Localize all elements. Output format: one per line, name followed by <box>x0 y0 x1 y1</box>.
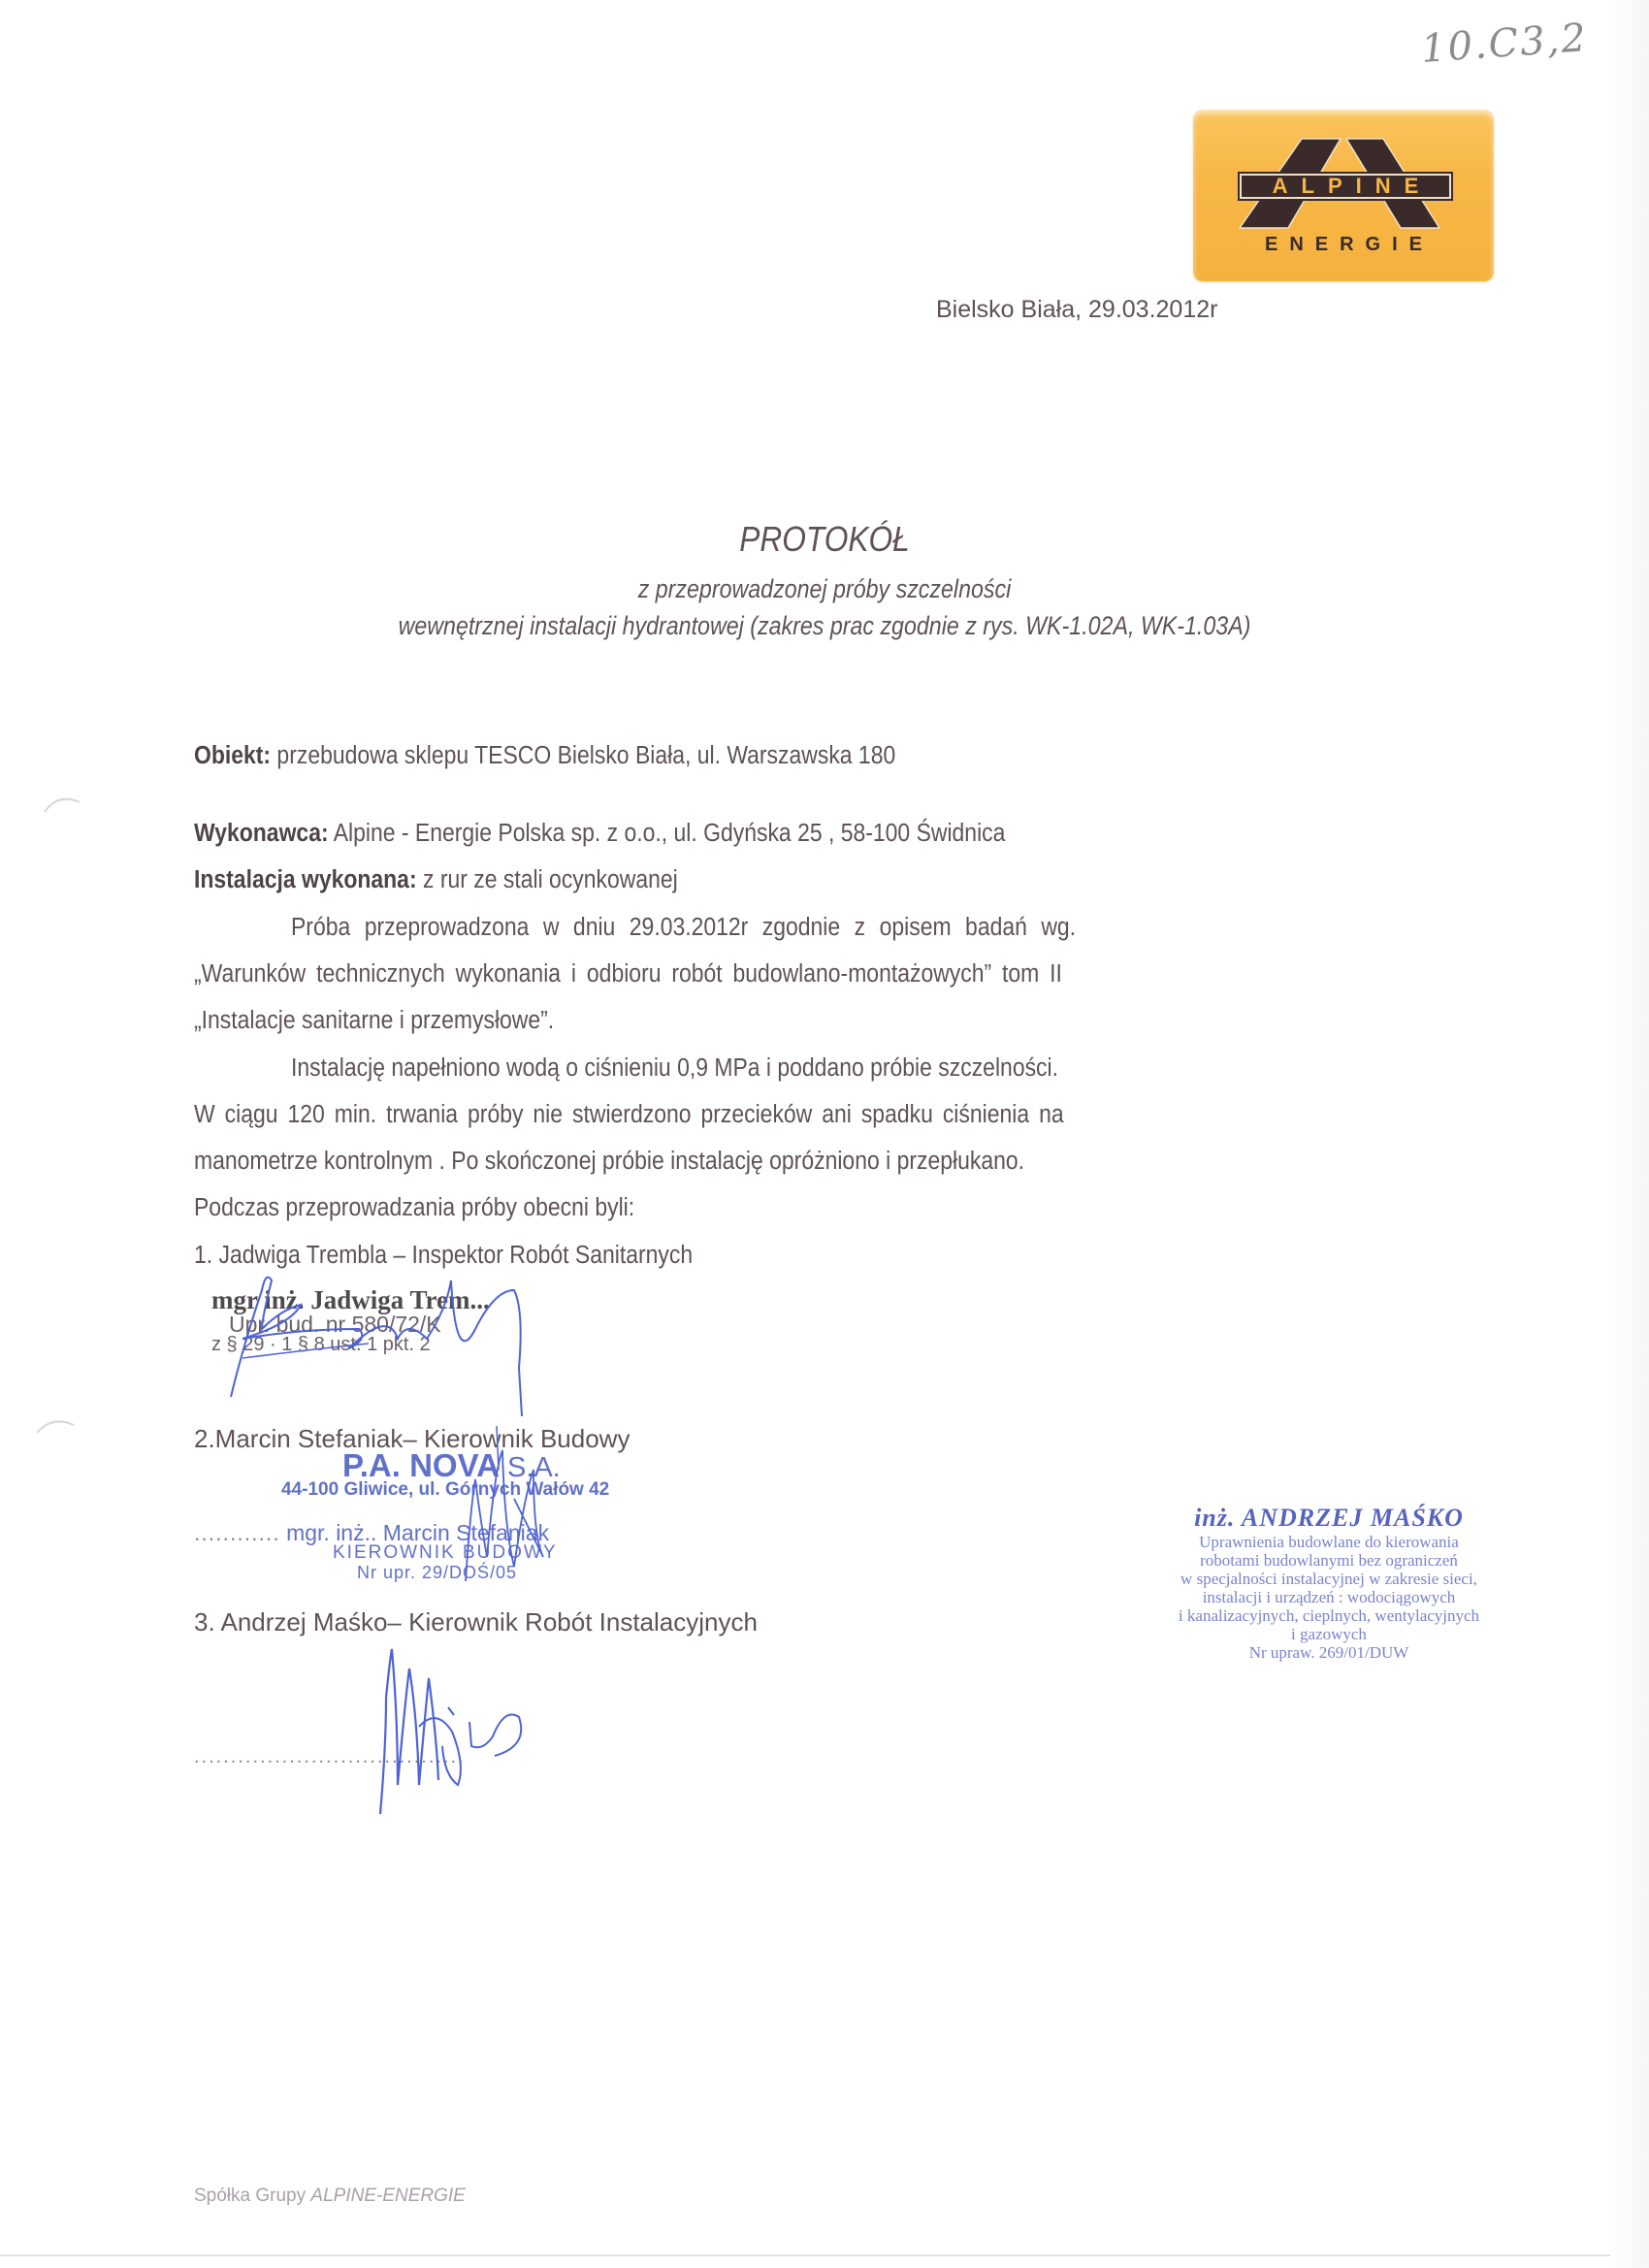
stamp-masko-line: Nr upraw. 269/01/DUW <box>1135 1643 1523 1662</box>
stamp-masko-line: i kanalizacyjnych, cieplnych, wentylacyj… <box>1135 1606 1523 1625</box>
stamp-trembla-clause: z § 29 · 1 § 8 ust. 1 pkt. 2 <box>211 1334 532 1356</box>
punch-hole-mark <box>31 1411 80 1441</box>
paragraph1-line2: „Warunków technicznych wykonania i odbio… <box>194 960 1062 988</box>
paragraph2-line4: Podczas przeprowadzania próby obecni byl… <box>194 1194 634 1222</box>
signature-line: ............ <box>194 1520 280 1545</box>
stamp-masko-line: w specjalności instalacyjnej w zakresie … <box>1135 1570 1523 1588</box>
paragraph1-line1: Próba przeprowadzona w dniu 29.03.2012r … <box>291 914 1076 942</box>
stamp-nova-role: KIEROWNIK BUDOWY <box>333 1542 558 1564</box>
paragraph1-line3: „Instalacje sanitarne i przemysłowe”. <box>194 1007 554 1035</box>
paragraph2-line2: W ciągu 120 min. trwania próby nie stwie… <box>194 1101 1064 1129</box>
stamp-nova-license: Nr upr. 29/DOŚ/05 <box>357 1563 517 1583</box>
stamp-trembla: mgr inż. Jadwiga Trem... Upr. bud. nr 58… <box>211 1285 532 1356</box>
document-subtitle-line2: wewnętrznej instalacji hydrantowej (zakr… <box>115 611 1534 641</box>
field-contractor-label: Wykonawca: <box>194 820 329 847</box>
stamp-masko-line: instalacji i urządzeń : wodociągowych <box>1135 1588 1523 1606</box>
page-edge <box>0 2254 1610 2256</box>
footer-brand: ALPINE-ENERGIE <box>310 2186 465 2206</box>
paragraph2-line1: Instalację napełniono wodą o ciśnieniu 0… <box>291 1054 1058 1083</box>
stamp-masko-line: robotami budowlanymi bez ograniczeń <box>1135 1551 1523 1570</box>
signature-masko <box>369 1639 582 1833</box>
attendee-1: 1. Jadwiga Trembla – Inspektor Robót San… <box>194 1242 693 1270</box>
place-date: Bielsko Biała, 29.03.2012r <box>936 296 1217 324</box>
stamp-masko-line: i gazowych <box>1135 1625 1523 1643</box>
field-contractor-value: Alpine - Energie Polska sp. z o.o., ul. … <box>329 820 1006 847</box>
attendee-3: 3. Andrzej Maśko– Kierownik Robót Instal… <box>194 1607 758 1637</box>
page-edge <box>1610 0 1649 2268</box>
punch-hole-mark <box>39 791 87 820</box>
paragraph2-line3: manometrze kontrolnym . Po skończonej pr… <box>194 1148 1024 1176</box>
field-object: Obiekt: przebudowa sklepu TESCO Bielsko … <box>194 742 895 770</box>
field-object-value: przebudowa sklepu TESCO Bielsko Biała, u… <box>271 742 895 769</box>
field-installation: Instalacja wykonana: z rur ze stali ocyn… <box>194 866 678 894</box>
stamp-masko-name: inż. ANDRZEJ MAŚKO <box>1135 1504 1523 1533</box>
stamp-nova-address: 44-100 Gliwice, ul. Górnych Wałów 42 <box>281 1479 609 1501</box>
stamp-masko: inż. ANDRZEJ MAŚKO Uprawnienia budowlane… <box>1135 1504 1523 1662</box>
field-installation-label: Instalacja wykonana: <box>194 866 417 893</box>
logo-energie-text: ENERGIE <box>1232 234 1455 256</box>
footer-prefix: Spółka Grupy <box>194 2186 310 2206</box>
field-installation-value: z rur ze stali ocynkowanej <box>417 866 678 893</box>
alpine-energie-logo: ALPINE ENERGIE <box>1193 110 1494 281</box>
stamp-nova-company-name: P.A. NOVA <box>342 1447 499 1483</box>
document-title: PROTOKÓŁ <box>99 519 1550 560</box>
signature-line: ..................................... <box>194 1746 466 1768</box>
document-subtitle-line1: z przeprowadzonej próby szczelności <box>115 574 1534 604</box>
footer: Spółka Grupy ALPINE-ENERGIE <box>194 2186 466 2207</box>
field-object-label: Obiekt: <box>194 742 271 769</box>
handwritten-reference: 10.C3,2 <box>1420 16 1590 72</box>
logo-alpine-text: ALPINE <box>1240 174 1451 199</box>
stamp-masko-line: Uprawnienia budowlane do kierowania <box>1135 1533 1523 1551</box>
field-contractor: Wykonawca: Alpine - Energie Polska sp. z… <box>194 820 1005 848</box>
